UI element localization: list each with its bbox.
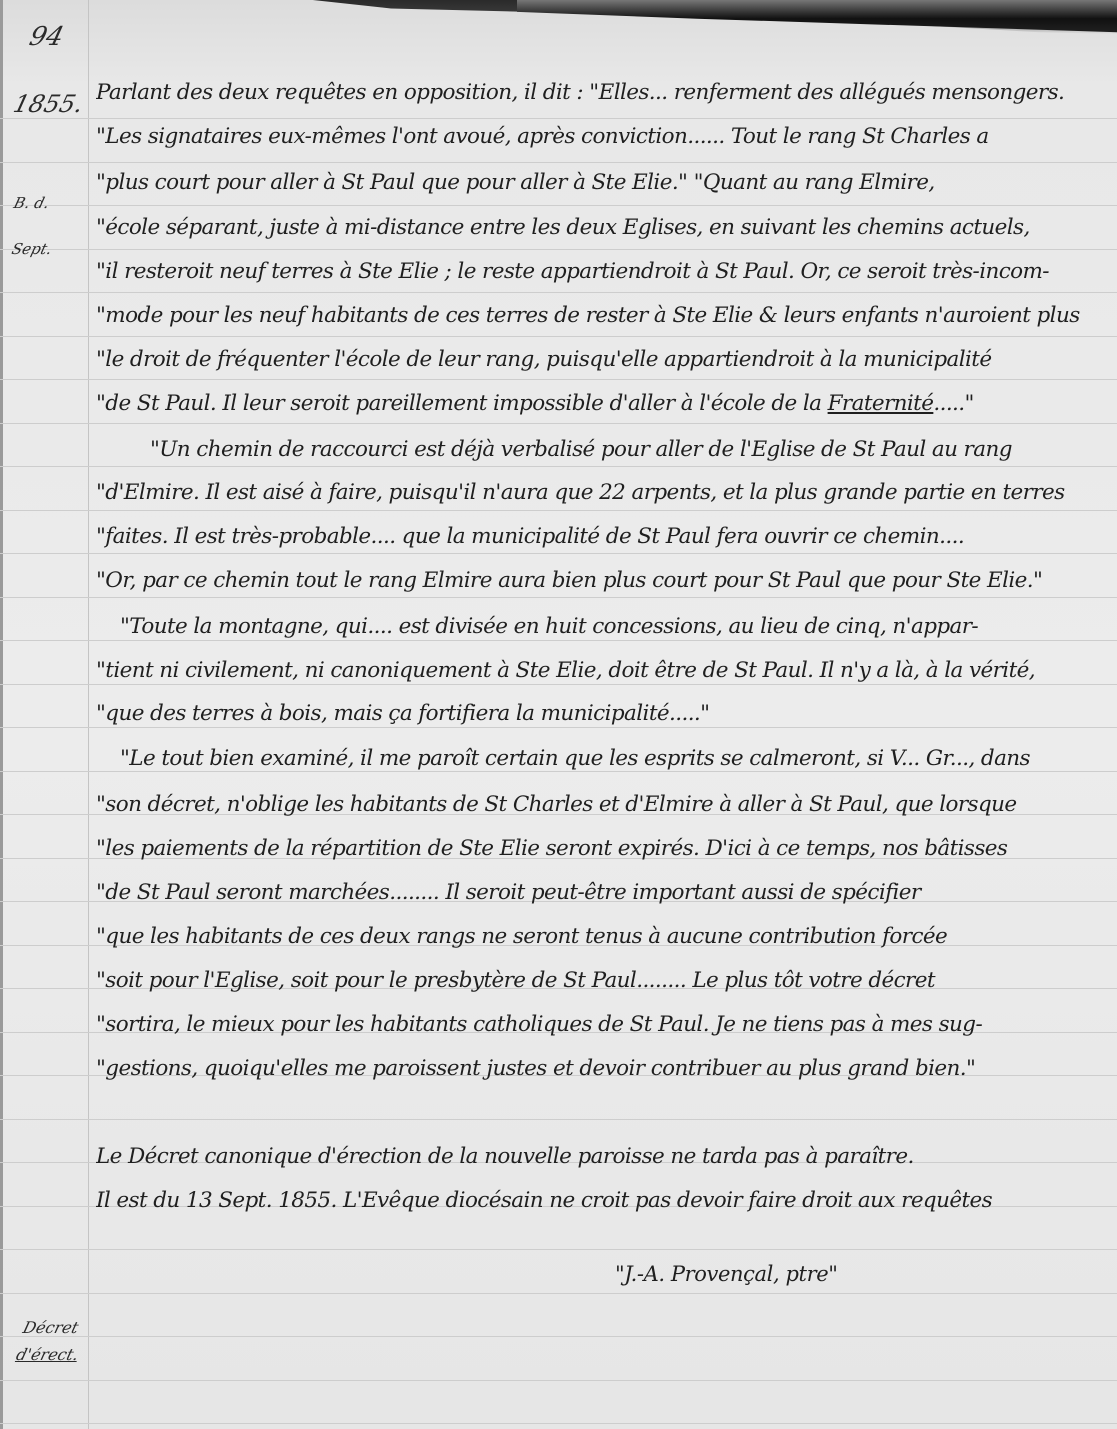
manuscript-line: "sortira, le mieux pour les habitants ca… xyxy=(96,1012,1103,1037)
manuscript-line: "soit pour l'Eglise, soit pour le presby… xyxy=(96,968,1103,993)
ruled-line xyxy=(0,249,1117,250)
ruled-line xyxy=(0,336,1117,337)
page-left-edge xyxy=(0,0,3,1429)
ruled-line xyxy=(0,466,1117,467)
ruled-line xyxy=(0,118,1117,119)
manuscript-line: "Toute la montagne, qui.... est divisée … xyxy=(120,614,1103,639)
manuscript-line: "faites. Il est très-probable.... que la… xyxy=(96,524,1103,549)
manuscript-line: "les paiements de la répartition de Ste … xyxy=(96,836,1103,861)
manuscript-line: "mode pour les neuf habitants de ces ter… xyxy=(96,303,1103,328)
ruled-line xyxy=(0,1380,1117,1381)
manuscript-line: Il est du 13 Sept. 1855. L'Evêque diocés… xyxy=(96,1188,1103,1213)
manuscript-line: Parlant des deux requêtes en opposition,… xyxy=(96,80,1103,105)
page-top-shadow-right xyxy=(517,0,1117,34)
ruled-line xyxy=(0,292,1117,293)
ruled-line xyxy=(0,379,1117,380)
margin-note-decret-line1: Décret xyxy=(20,1314,88,1341)
manuscript-line: "que des terres à bois, mais ça fortifie… xyxy=(96,701,1103,726)
ruled-line xyxy=(0,162,1117,163)
margin-note-decret: Décret d'érect. xyxy=(13,1314,88,1368)
ruled-line xyxy=(0,423,1117,424)
margin-rule xyxy=(88,0,89,1429)
margin-year: 1855. xyxy=(11,92,86,116)
ruled-line xyxy=(0,1423,1117,1424)
ruled-line xyxy=(0,1293,1117,1294)
ruled-line xyxy=(0,684,1117,685)
ruled-line xyxy=(0,553,1117,554)
ruled-line xyxy=(0,1119,1117,1120)
manuscript-line: "Le tout bien examiné, il me paroît cert… xyxy=(120,746,1103,771)
manuscript-line: "gestions, quoiqu'elles me paroissent ju… xyxy=(96,1056,1103,1081)
manuscript-line: "Un chemin de raccourci est déjà verbali… xyxy=(150,437,1103,462)
manuscript-line: "de St Paul. Il leur seroit pareillement… xyxy=(96,391,1103,416)
ruled-line xyxy=(0,510,1117,511)
margin-note-sept: Sept. xyxy=(10,242,53,257)
ruled-line xyxy=(0,597,1117,598)
manuscript-line: "il resteroit neuf terres à Ste Elie ; l… xyxy=(96,259,1103,284)
underlined-word: Fraternité xyxy=(828,391,934,416)
ledger-page: 94 1855. B. d. Sept. Décret d'érect. Par… xyxy=(0,0,1117,1429)
manuscript-line: "plus court pour aller à St Paul que pou… xyxy=(96,170,1103,195)
ruled-line xyxy=(0,640,1117,641)
ruled-line xyxy=(0,205,1117,206)
margin-note-decret-line2: d'érect. xyxy=(13,1341,81,1368)
page-number: 94 xyxy=(26,22,67,52)
ruled-line xyxy=(0,727,1117,728)
margin-note-bd: B. d. xyxy=(12,196,51,211)
manuscript-line: "de St Paul seront marchées........ Il s… xyxy=(96,880,1103,905)
ruled-line xyxy=(0,771,1117,772)
manuscript-line: "le droit de fréquenter l'école de leur … xyxy=(96,347,1103,372)
manuscript-line: "tient ni civilement, ni canoniquement à… xyxy=(96,658,1103,683)
ruled-line xyxy=(0,1336,1117,1337)
manuscript-line: "son décret, n'oblige les habitants de S… xyxy=(96,792,1103,817)
manuscript-line: Le Décret canonique d'érection de la nou… xyxy=(96,1144,1103,1169)
ruled-line xyxy=(0,1249,1117,1250)
manuscript-line: "Or, par ce chemin tout le rang Elmire a… xyxy=(96,568,1103,593)
manuscript-line: "d'Elmire. Il est aisé à faire, puisqu'i… xyxy=(96,480,1103,505)
signature: "J.-A. Provençal, ptre" xyxy=(615,1262,838,1286)
manuscript-line: "Les signataires eux-mêmes l'ont avoué, … xyxy=(96,124,1103,149)
manuscript-line: "école séparant, juste à mi-distance ent… xyxy=(96,215,1103,240)
manuscript-line: "que les habitants de ces deux rangs ne … xyxy=(96,924,1103,949)
